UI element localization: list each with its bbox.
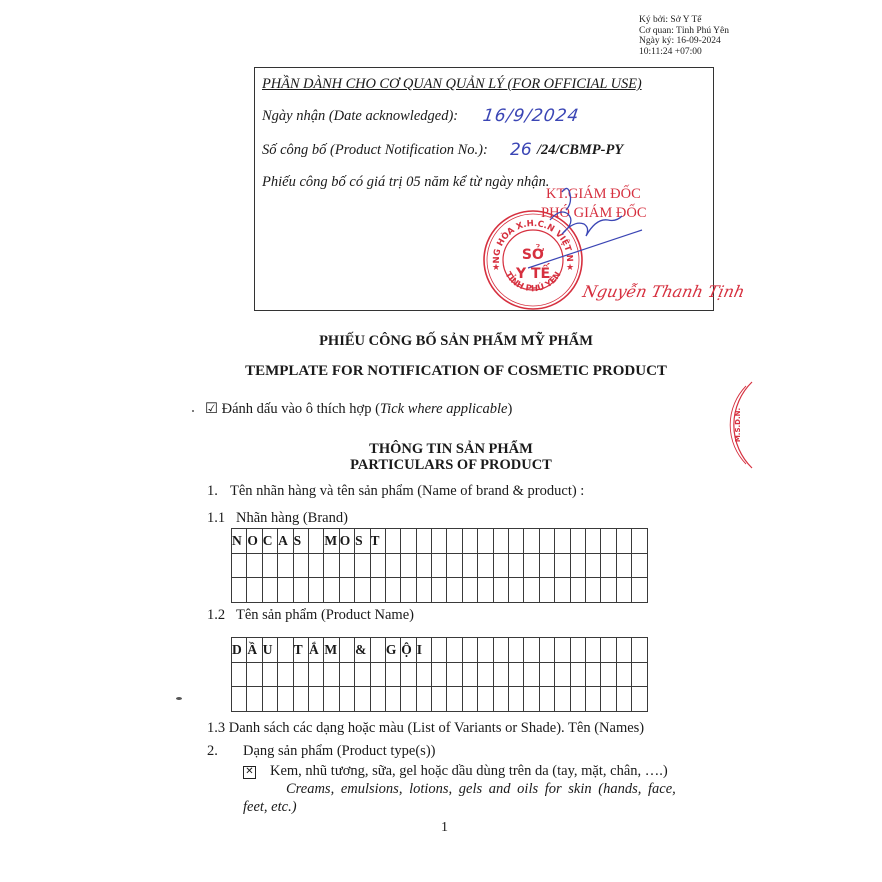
grid-cell	[632, 578, 647, 603]
grid-cell	[570, 529, 585, 554]
page-number: 1	[441, 820, 448, 836]
question-1-3-label: 1.3 Danh sách các dạng hoặc màu (List of…	[207, 720, 644, 737]
grid-cell	[385, 553, 400, 578]
grid-cell: O	[247, 529, 262, 554]
grid-cell	[278, 553, 293, 578]
grid-cell	[478, 638, 493, 663]
grid-cell	[493, 638, 508, 663]
grid-cell	[616, 638, 631, 663]
grid-cell	[324, 553, 339, 578]
grid-cell	[355, 687, 370, 712]
product-type-label-en-2: feet, etc.)	[243, 799, 297, 816]
product-type-label-vn: Kem, nhũ tương, sữa, gel hoặc dầu dùng t…	[270, 763, 668, 779]
grid-cell: A	[278, 529, 293, 554]
grid-cell	[462, 687, 477, 712]
question-1-2-number: 1.2	[207, 607, 236, 624]
grid-cell: T	[370, 529, 385, 554]
tick-instruction-close: )	[507, 401, 512, 417]
grid-cell	[308, 662, 323, 687]
grid-cell	[247, 662, 262, 687]
grid-cell	[478, 553, 493, 578]
section-title-en: PARTICULARS OF PRODUCT	[0, 457, 882, 474]
grid-cell	[416, 687, 431, 712]
grid-cell	[339, 687, 354, 712]
grid-cell: D	[232, 638, 247, 663]
grid-cell	[278, 662, 293, 687]
grid-cell	[232, 553, 247, 578]
grid-cell	[570, 578, 585, 603]
grid-cell	[493, 553, 508, 578]
grid-cell	[462, 638, 477, 663]
grid-cell	[539, 662, 554, 687]
grid-cell	[416, 529, 431, 554]
grid-cell	[447, 687, 462, 712]
grid-cell	[293, 662, 308, 687]
grid-cell	[339, 662, 354, 687]
grid-cell	[262, 578, 277, 603]
signed-date: Ngày ký: 16-09-2024	[639, 36, 729, 47]
grid-cell	[432, 687, 447, 712]
grid-cell	[478, 687, 493, 712]
grid-cell	[616, 529, 631, 554]
grid-cell	[339, 638, 354, 663]
question-1-number: 1.	[207, 483, 230, 500]
grid-cell	[385, 578, 400, 603]
grid-cell	[385, 687, 400, 712]
product-type-checkbox[interactable]: ✕	[243, 766, 256, 779]
grid-cell	[555, 687, 570, 712]
grid-cell	[555, 662, 570, 687]
grid-cell	[324, 687, 339, 712]
question-1: 1.Tên nhãn hàng và tên sản phẩm (Name of…	[207, 483, 584, 500]
grid-cell	[447, 662, 462, 687]
grid-cell	[401, 687, 416, 712]
grid-cell: Ộ	[401, 638, 416, 663]
grid-row: DẦUTẮM&GỘI	[232, 638, 648, 663]
grid-cell	[370, 578, 385, 603]
grid-cell	[555, 638, 570, 663]
question-1-2: 1.2Tên sản phẩm (Product Name)	[207, 607, 414, 624]
checked-box-icon: ☑	[205, 401, 218, 417]
grid-cell	[570, 638, 585, 663]
grid-cell	[370, 553, 385, 578]
brand-letter-grid: NOCASMOST	[231, 528, 648, 603]
question-2-number: 2.	[207, 743, 243, 760]
grid-cell	[632, 529, 647, 554]
official-use-title: PHẦN DÀNH CHO CƠ QUAN QUẢN LÝ (FOR OFFIC…	[262, 76, 642, 93]
grid-cell	[401, 662, 416, 687]
grid-cell	[432, 553, 447, 578]
grid-cell	[370, 638, 385, 663]
grid-cell	[601, 662, 616, 687]
grid-cell	[308, 687, 323, 712]
grid-cell	[370, 687, 385, 712]
grid-cell	[616, 578, 631, 603]
question-1-1: 1.1Nhãn hàng (Brand)	[207, 510, 348, 527]
grid-cell	[570, 553, 585, 578]
grid-cell: I	[416, 638, 431, 663]
document-title-en: TEMPLATE FOR NOTIFICATION OF COSMETIC PR…	[0, 363, 882, 380]
grid-cell	[585, 638, 600, 663]
grid-cell: O	[339, 529, 354, 554]
grid-cell	[262, 553, 277, 578]
grid-cell	[339, 553, 354, 578]
grid-cell	[524, 638, 539, 663]
grid-cell	[432, 662, 447, 687]
grid-cell	[493, 578, 508, 603]
signer-name: Nguyễn Thanh Tịnh	[581, 282, 746, 301]
grid-cell	[278, 578, 293, 603]
grid-cell	[355, 553, 370, 578]
grid-cell	[293, 553, 308, 578]
grid-cell	[278, 638, 293, 663]
grid-cell: Ắ	[308, 638, 323, 663]
grid-cell	[524, 529, 539, 554]
grid-cell	[539, 553, 554, 578]
question-1-label: Tên nhãn hàng và tên sản phẩm (Name of b…	[230, 483, 584, 499]
grid-cell	[616, 687, 631, 712]
grid-cell	[509, 662, 524, 687]
svg-text:M.S.D.N.: M.S.D.N.	[734, 408, 742, 442]
notification-number-printed: /24/CBMP-PY	[537, 142, 623, 159]
grid-cell	[524, 662, 539, 687]
grid-cell	[293, 687, 308, 712]
grid-cell	[493, 529, 508, 554]
grid-cell	[493, 662, 508, 687]
grid-cell	[462, 662, 477, 687]
grid-cell	[462, 578, 477, 603]
grid-cell	[632, 687, 647, 712]
grid-cell	[247, 553, 262, 578]
grid-cell	[493, 687, 508, 712]
grid-cell: Ầ	[247, 638, 262, 663]
grid-cell	[509, 578, 524, 603]
grid-cell	[355, 662, 370, 687]
notification-number-label: Số công bố (Product Notification No.):	[262, 142, 488, 159]
grid-cell	[555, 529, 570, 554]
grid-cell	[585, 529, 600, 554]
handwritten-signature-icon	[520, 180, 650, 270]
grid-cell	[509, 687, 524, 712]
grid-cell	[278, 687, 293, 712]
grid-cell	[585, 578, 600, 603]
grid-cell	[432, 638, 447, 663]
grid-cell	[555, 553, 570, 578]
grid-cell	[262, 662, 277, 687]
section-title-vn: THÔNG TIN SẢN PHẨM	[0, 441, 882, 458]
grid-cell	[539, 529, 554, 554]
grid-cell	[232, 687, 247, 712]
grid-cell	[401, 553, 416, 578]
grid-cell	[539, 578, 554, 603]
grid-cell	[308, 529, 323, 554]
question-1-2-label: Tên sản phẩm (Product Name)	[236, 607, 414, 623]
grid-cell	[478, 662, 493, 687]
grid-cell	[432, 578, 447, 603]
grid-cell	[293, 578, 308, 603]
grid-row	[232, 553, 648, 578]
grid-cell	[478, 578, 493, 603]
grid-row	[232, 687, 648, 712]
grid-cell	[509, 529, 524, 554]
grid-cell	[416, 553, 431, 578]
grid-cell: M	[324, 638, 339, 663]
grid-cell: G	[385, 638, 400, 663]
grid-cell	[601, 687, 616, 712]
grid-cell	[509, 638, 524, 663]
grid-cell	[308, 578, 323, 603]
grid-cell	[539, 638, 554, 663]
grid-cell	[232, 662, 247, 687]
grid-cell	[616, 553, 631, 578]
grid-cell	[447, 553, 462, 578]
product-type-label-en-1: Creams, emulsions, lotions, gels and oil…	[286, 781, 676, 798]
grid-cell	[570, 662, 585, 687]
grid-cell: M	[324, 529, 339, 554]
grid-cell	[524, 553, 539, 578]
grid-cell	[539, 687, 554, 712]
document-title-vn: PHIẾU CÔNG BỐ SẢN PHẨM MỸ PHẨM	[0, 333, 882, 350]
grid-cell	[324, 662, 339, 687]
date-acknowledged-value: 16/9/2024	[482, 106, 581, 126]
grid-cell	[339, 578, 354, 603]
grid-cell	[416, 578, 431, 603]
digital-signature-info: Ký bởi: Sở Y Tế Cơ quan: Tỉnh Phú Yên Ng…	[639, 15, 729, 57]
grid-cell	[385, 529, 400, 554]
grid-cell: &	[355, 638, 370, 663]
question-2-label: Dạng sản phẩm (Product type(s))	[243, 743, 435, 759]
grid-row: NOCASMOST	[232, 529, 648, 554]
signing-agency: Cơ quan: Tỉnh Phú Yên	[639, 26, 729, 37]
grid-cell	[632, 662, 647, 687]
tick-instruction-text: Đánh dấu vào ô thích hợp (	[222, 401, 380, 417]
date-acknowledged-label: Ngày nhận (Date acknowledged):	[262, 108, 458, 125]
grid-cell	[462, 553, 477, 578]
product-name-letter-grid: DẦUTẮM&GỘI	[231, 637, 648, 712]
grid-cell	[462, 529, 477, 554]
notification-number-handwritten: 26	[510, 140, 532, 160]
grid-cell	[616, 662, 631, 687]
grid-cell	[601, 529, 616, 554]
scan-speck	[192, 410, 194, 412]
validity-note: Phiếu công bố có giá trị 05 năm kể từ ng…	[262, 174, 549, 191]
grid-cell: S	[355, 529, 370, 554]
grid-cell: U	[262, 638, 277, 663]
grid-cell	[524, 578, 539, 603]
question-1-1-label: Nhãn hàng (Brand)	[236, 510, 348, 526]
svg-text:★: ★	[492, 262, 500, 272]
grid-cell	[478, 529, 493, 554]
grid-cell	[447, 578, 462, 603]
grid-cell	[524, 687, 539, 712]
question-1-1-number: 1.1	[207, 510, 236, 527]
grid-cell	[401, 529, 416, 554]
grid-cell	[601, 638, 616, 663]
signed-time: 10:11:24 +07:00	[639, 47, 729, 58]
grid-cell	[585, 553, 600, 578]
grid-cell: C	[262, 529, 277, 554]
signed-by: Ký bởi: Sở Y Tế	[639, 15, 729, 26]
tick-instruction-en: Tick where applicable	[380, 401, 508, 417]
grid-cell	[555, 578, 570, 603]
grid-cell: T	[293, 638, 308, 663]
grid-cell	[370, 662, 385, 687]
grid-cell	[401, 578, 416, 603]
grid-cell	[585, 662, 600, 687]
grid-cell	[232, 578, 247, 603]
grid-cell	[601, 553, 616, 578]
grid-cell	[585, 687, 600, 712]
grid-cell	[432, 529, 447, 554]
product-type-option[interactable]: ✕Kem, nhũ tương, sữa, gel hoặc dầu dùng …	[243, 763, 668, 780]
tick-instruction: ☑ Đánh dấu vào ô thích hợp (Tick where a…	[205, 401, 512, 418]
grid-row	[232, 662, 648, 687]
grid-cell	[355, 578, 370, 603]
grid-cell	[247, 687, 262, 712]
grid-cell	[447, 638, 462, 663]
grid-cell	[385, 662, 400, 687]
grid-cell	[632, 553, 647, 578]
grid-cell	[447, 529, 462, 554]
grid-cell	[308, 553, 323, 578]
question-2: 2.Dạng sản phẩm (Product type(s))	[207, 743, 435, 760]
grid-cell	[509, 553, 524, 578]
grid-cell: N	[232, 529, 247, 554]
scan-speck	[176, 697, 182, 700]
grid-cell: S	[293, 529, 308, 554]
grid-cell	[416, 662, 431, 687]
grid-cell	[262, 687, 277, 712]
grid-cell	[247, 578, 262, 603]
grid-cell	[570, 687, 585, 712]
grid-cell	[632, 638, 647, 663]
grid-cell	[324, 578, 339, 603]
grid-row	[232, 578, 648, 603]
grid-cell	[601, 578, 616, 603]
